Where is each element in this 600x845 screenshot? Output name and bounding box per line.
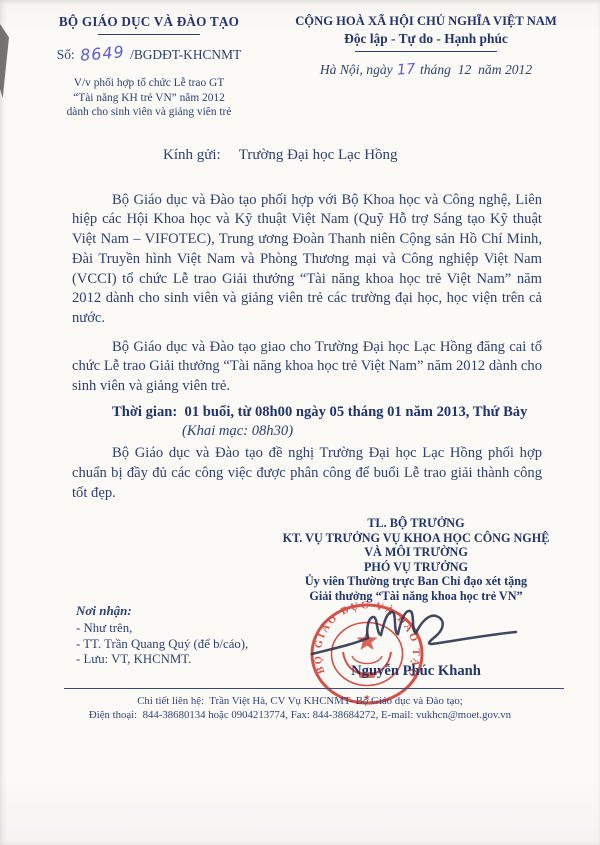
- signature-title-5: Ủy viên Thường trực Ban Chỉ đạo xét tặng: [280, 574, 552, 589]
- letter-body: Kính gửi:Trường Đại học Lạc Hồng Bộ Giáo…: [72, 146, 542, 503]
- subject-line-3: dành cho sinh viên và giảng viên trẻ: [38, 105, 260, 119]
- recipients-list: Nơi nhận: - Như trên, - TT. Trần Quang Q…: [76, 603, 248, 667]
- recipient-line: Kính gửi:Trường Đại học Lạc Hồng: [163, 146, 542, 166]
- opening-time-note: (Khai mạc: 08h30): [72, 422, 542, 442]
- date-day-handwritten: 17: [397, 62, 417, 79]
- contact-line-2: Điện thoại: 844-38680134 hoặc 0904213774…: [0, 709, 600, 723]
- recipients-item-1: - Như trên,: [76, 621, 248, 636]
- subject-abstract: V/v phối hợp tổ chức Lễ trao GT “Tài năn…: [38, 76, 260, 119]
- issuing-authority: BỘ GIÁO DỤC VÀ ĐÀO TẠO: [38, 14, 260, 30]
- handwritten-signature: [308, 604, 523, 662]
- recipients-item-2: - TT. Trần Quang Quý (để b/cáo),: [76, 637, 248, 652]
- document-number-suffix: /BGDĐT-KHCNMT: [130, 47, 241, 62]
- document-number-line: Số: 8649 /BGDĐT-KHCNMT: [38, 44, 260, 63]
- signature-title-3: VÀ MÔI TRƯỜNG: [280, 545, 552, 560]
- signer-name: Nguyễn Phúc Khanh: [280, 663, 552, 680]
- recipient-label: Kính gửi:: [163, 147, 221, 163]
- document-number-handwritten: 8649: [79, 42, 125, 65]
- header-right: CỘNG HOÀ XÃ HỘI CHỦ NGHĨA VIỆT NAM Độc l…: [288, 14, 564, 78]
- recipients-list-label: Nơi nhận:: [76, 603, 248, 618]
- contact-footer: Chi tiết liên hệ: Trần Việt Hà, CV Vụ KH…: [0, 695, 600, 722]
- paragraph-3: Bộ Giáo dục và Đào tạo đề nghị Trường Đạ…: [72, 444, 542, 503]
- paragraph-2: Bộ Giáo dục và Đào tạo giao cho Trường Đ…: [72, 338, 542, 397]
- date-prefix: Hà Nội, ngày: [320, 62, 393, 77]
- signature-title-1: TL. BỘ TRƯỞNG: [280, 516, 552, 531]
- national-header: CỘNG HOÀ XÃ HỘI CHỦ NGHĨA VIỆT NAM: [288, 14, 564, 29]
- national-motto: Độc lập - Tự do - Hạnh phúc: [288, 31, 564, 47]
- header-left-underline: [98, 34, 200, 35]
- signature-titles: TL. BỘ TRƯỞNG KT. VỤ TRƯỞNG VỤ KHOA HỌC …: [280, 516, 552, 604]
- event-time-line: Thời gian: 01 buổi, từ 08h00 ngày 05 thá…: [72, 403, 542, 423]
- subject-line-2: “Tài năng KH trẻ VN” năm 2012: [38, 91, 260, 105]
- signature-title-4: PHÓ VỤ TRƯỞNG: [280, 560, 552, 575]
- scan-edge-artifact: [0, 24, 9, 98]
- header-left: BỘ GIÁO DỤC VÀ ĐÀO TẠO Số: 8649 /BGDĐT-K…: [38, 14, 260, 120]
- motto-underline: [355, 51, 497, 52]
- paragraph-1: Bộ Giáo dục và Đào tạo phối hợp với Bộ K…: [72, 191, 542, 329]
- place-date-line: Hà Nội, ngày 17 tháng 12 năm 2012: [288, 62, 564, 78]
- scanned-official-letter: BỘ GIÁO DỤC VÀ ĐÀO TẠO Số: 8649 /BGDĐT-K…: [0, 0, 600, 845]
- recipients-item-3: - Lưu: VT, KHCNMT.: [76, 652, 248, 667]
- recipient-value: Trường Đại học Lạc Hồng: [239, 147, 398, 163]
- contact-line-1: Chi tiết liên hệ: Trần Việt Hà, CV Vụ KH…: [0, 695, 600, 709]
- document-number-label: Số:: [57, 47, 75, 62]
- footer-separator: [64, 688, 564, 689]
- date-rest: tháng 12 năm 2012: [420, 62, 532, 77]
- subject-line-1: V/v phối hợp tổ chức Lễ trao GT: [38, 76, 260, 90]
- signature-title-2: KT. VỤ TRƯỞNG VỤ KHOA HỌC CÔNG NGHỆ: [280, 531, 552, 546]
